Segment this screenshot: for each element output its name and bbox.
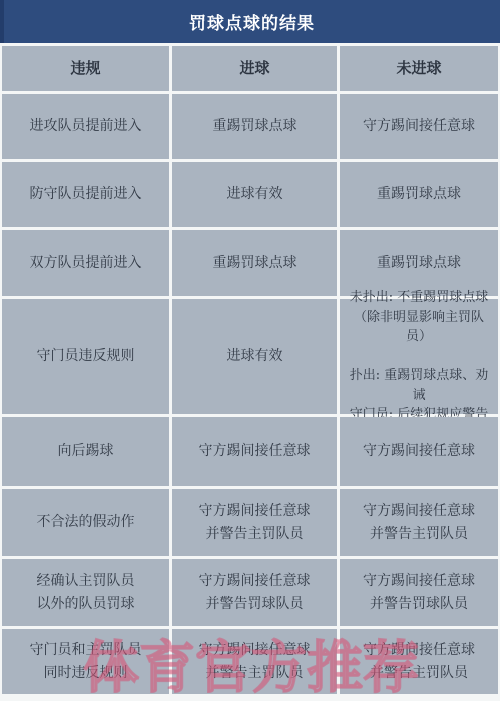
penalty-kick-results-infographic: 罚球点球的结果 违规 进球 未进球 进攻队员提前进入 重踢罚球点球 守方踢间接任… xyxy=(0,0,500,701)
column-header-goal: 进球 xyxy=(172,46,337,91)
column-header-no-goal: 未进球 xyxy=(340,46,498,91)
table-cell-goal: 守方踢间接任意球 并警告罚球队员 xyxy=(172,559,337,626)
table-cell-goal: 守方踢间接任意球 并警告主罚队员 xyxy=(172,629,337,694)
table-cell-goal: 进球有效 xyxy=(172,299,337,414)
table-cell-no-goal: 重踢罚球点球 xyxy=(340,230,498,296)
title-band: 罚球点球的结果 xyxy=(0,0,500,43)
table-cell-no-goal: 未扑出: 不重踢罚球点球 （除非明显影响主罚队员） 扑出: 重踢罚球点球、劝诫 … xyxy=(340,299,498,414)
table-cell-violation: 进攻队员提前进入 xyxy=(2,94,169,159)
table-cell-goal: 重踢罚球点球 xyxy=(172,230,337,296)
results-table: 违规 进球 未进球 进攻队员提前进入 重踢罚球点球 守方踢间接任意球 防守队员提… xyxy=(0,43,500,696)
table-cell-no-goal: 守方踢间接任意球 并警告罚球队员 xyxy=(340,559,498,626)
table-cell-no-goal: 守方踢间接任意球 并警告主罚队员 xyxy=(340,629,498,694)
table-cell-no-goal: 重踢罚球点球 xyxy=(340,162,498,227)
table-cell-violation: 守门员和主罚队员 同时违反规则 xyxy=(2,629,169,694)
table-cell-violation: 不合法的假动作 xyxy=(2,489,169,556)
table-cell-violation: 防守队员提前进入 xyxy=(2,162,169,227)
table-cell-violation: 向后踢球 xyxy=(2,417,169,486)
table-cell-no-goal: 守方踢间接任意球 并警告主罚队员 xyxy=(340,489,498,556)
page-title: 罚球点球的结果 xyxy=(189,9,315,34)
table-cell-violation: 经确认主罚队员 以外的队员罚球 xyxy=(2,559,169,626)
table-cell-no-goal: 守方踢间接任意球 xyxy=(340,94,498,159)
column-header-violation: 违规 xyxy=(2,46,169,91)
table-cell-goal: 守方踢间接任意球 xyxy=(172,417,337,486)
table-cell-goal: 进球有效 xyxy=(172,162,337,227)
table-cell-violation: 守门员违反规则 xyxy=(2,299,169,414)
table-cell-violation: 双方队员提前进入 xyxy=(2,230,169,296)
table-cell-goal: 守方踢间接任意球 并警告主罚队员 xyxy=(172,489,337,556)
table-cell-goal: 重踢罚球点球 xyxy=(172,94,337,159)
table-cell-no-goal: 守方踢间接任意球 xyxy=(340,417,498,486)
